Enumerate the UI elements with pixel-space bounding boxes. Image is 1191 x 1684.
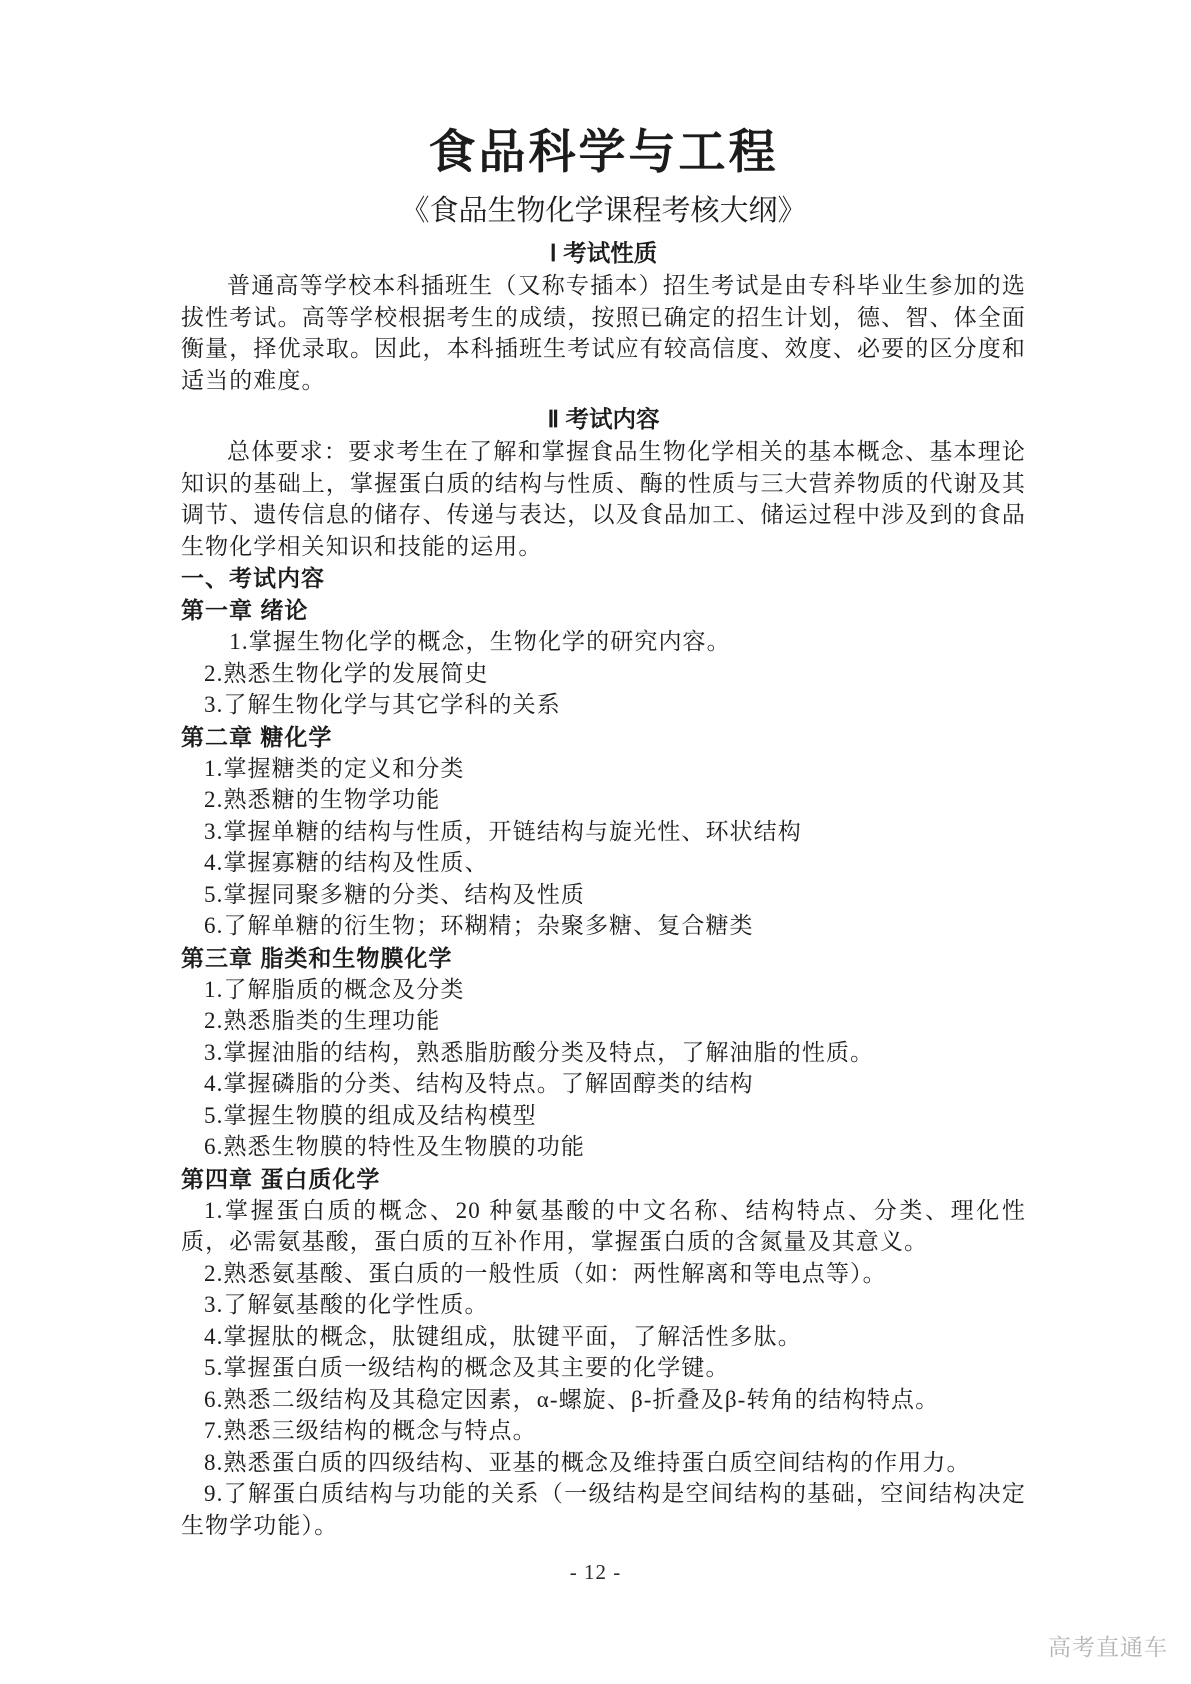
chapter-4-title: 第四章 蛋白质化学: [181, 1163, 1026, 1195]
chapter-3-item: 6.熟悉生物膜的特性及生物膜的功能: [181, 1131, 1026, 1163]
chapter-2: 第二章 糖化学 1.掌握糖类的定义和分类 2.熟悉糖的生物学功能 3.掌握单糖的…: [181, 721, 1026, 942]
chapter-3-item: 3.掌握油脂的结构，熟悉脂肪酸分类及特点，了解油脂的性质。: [181, 1037, 1026, 1069]
chapter-4-item: 9.了解蛋白质结构与功能的关系（一级结构是空间结构的基础，空间结构决定生物学功能…: [181, 1478, 1026, 1541]
chapter-3-item: 2.熟悉脂类的生理功能: [181, 1005, 1026, 1037]
chapter-4-item: 8.熟悉蛋白质的四级结构、亚基的概念及维持蛋白质空间结构的作用力。: [181, 1447, 1026, 1479]
chapter-1-item: 3.了解生物化学与其它学科的关系: [181, 689, 1026, 721]
chapter-4-item: 1.掌握蛋白质的概念、20 种氨基酸的中文名称、结构特点、分类、理化性质，必需氨…: [181, 1195, 1026, 1258]
chapter-4-item: 4.掌握肽的概念，肽键组成，肽键平面，了解活性多肽。: [181, 1321, 1026, 1353]
chapter-3: 第三章 脂类和生物膜化学 1.了解脂质的概念及分类 2.熟悉脂类的生理功能 3.…: [181, 942, 1026, 1163]
chapter-2-item: 6.了解单糖的衍生物；环糊精；杂聚多糖、复合糖类: [181, 910, 1026, 942]
chapter-1-title: 第一章 绪论: [181, 594, 1026, 626]
chapter-4-item: 5.掌握蛋白质一级结构的概念及其主要的化学键。: [181, 1352, 1026, 1384]
document-title: 食品科学与工程: [181, 124, 1026, 182]
document-content: 食品科学与工程 《食品生物化学课程考核大纲》 Ⅰ 考试性质 普通高等学校本科插班…: [181, 0, 1026, 1541]
page-number: - 12 -: [0, 1558, 1191, 1586]
chapter-3-item: 1.了解脂质的概念及分类: [181, 974, 1026, 1006]
chapter-4-item: 3.了解氨基酸的化学性质。: [181, 1289, 1026, 1321]
chapter-2-item: 4.掌握寡糖的结构及性质、: [181, 847, 1026, 879]
paragraph-exam-nature: 普通高等学校本科插班生（又称专插本）招生考试是由专科毕业生参加的选拔性考试。高等…: [181, 270, 1026, 396]
chapter-4-item: 6.熟悉二级结构及其稳定因素，α-螺旋、β-折叠及β-转角的结构特点。: [181, 1384, 1026, 1416]
chapter-2-item: 1.掌握糖类的定义和分类: [181, 753, 1026, 785]
chapter-3-title: 第三章 脂类和生物膜化学: [181, 942, 1026, 974]
chapter-2-item: 2.熟悉糖的生物学功能: [181, 784, 1026, 816]
document-subtitle: 《食品生物化学课程考核大纲》: [181, 192, 1026, 230]
chapter-2-item: 5.掌握同聚多糖的分类、结构及性质: [181, 879, 1026, 911]
chapter-4-item: 2.熟悉氨基酸、蛋白质的一般性质（如：两性解离和等电点等）。: [181, 1258, 1026, 1290]
paragraph-overall-requirements: 总体要求：要求考生在了解和掌握食品生物化学相关的基本概念、基本理论知识的基础上，…: [181, 436, 1026, 562]
section-heading-exam-content: Ⅱ 考试内容: [181, 402, 1026, 436]
chapter-1-item: 2.熟悉生物化学的发展简史: [181, 658, 1026, 690]
chapter-3-item: 4.掌握磷脂的分类、结构及特点。了解固醇类的结构: [181, 1068, 1026, 1100]
outline-heading: 一、考试内容: [181, 562, 1026, 594]
chapter-2-title: 第二章 糖化学: [181, 721, 1026, 753]
watermark-gaokao-zhitongche: 高考直通车: [1048, 1634, 1168, 1660]
chapter-2-item: 3.掌握单糖的结构与性质，开链结构与旋光性、环状结构: [181, 816, 1026, 848]
chapter-1: 第一章 绪论 1.掌握生物化学的概念，生物化学的研究内容。 2.熟悉生物化学的发…: [181, 594, 1026, 721]
chapter-1-item: 1.掌握生物化学的概念，生物化学的研究内容。: [181, 626, 1026, 658]
chapter-4: 第四章 蛋白质化学 1.掌握蛋白质的概念、20 种氨基酸的中文名称、结构特点、分…: [181, 1163, 1026, 1542]
document-page: 食品科学与工程 《食品生物化学课程考核大纲》 Ⅰ 考试性质 普通高等学校本科插班…: [0, 0, 1191, 1684]
chapter-3-item: 5.掌握生物膜的组成及结构模型: [181, 1100, 1026, 1132]
chapter-4-item: 7.熟悉三级结构的概念与特点。: [181, 1415, 1026, 1447]
section-heading-exam-nature: Ⅰ 考试性质: [181, 236, 1026, 270]
